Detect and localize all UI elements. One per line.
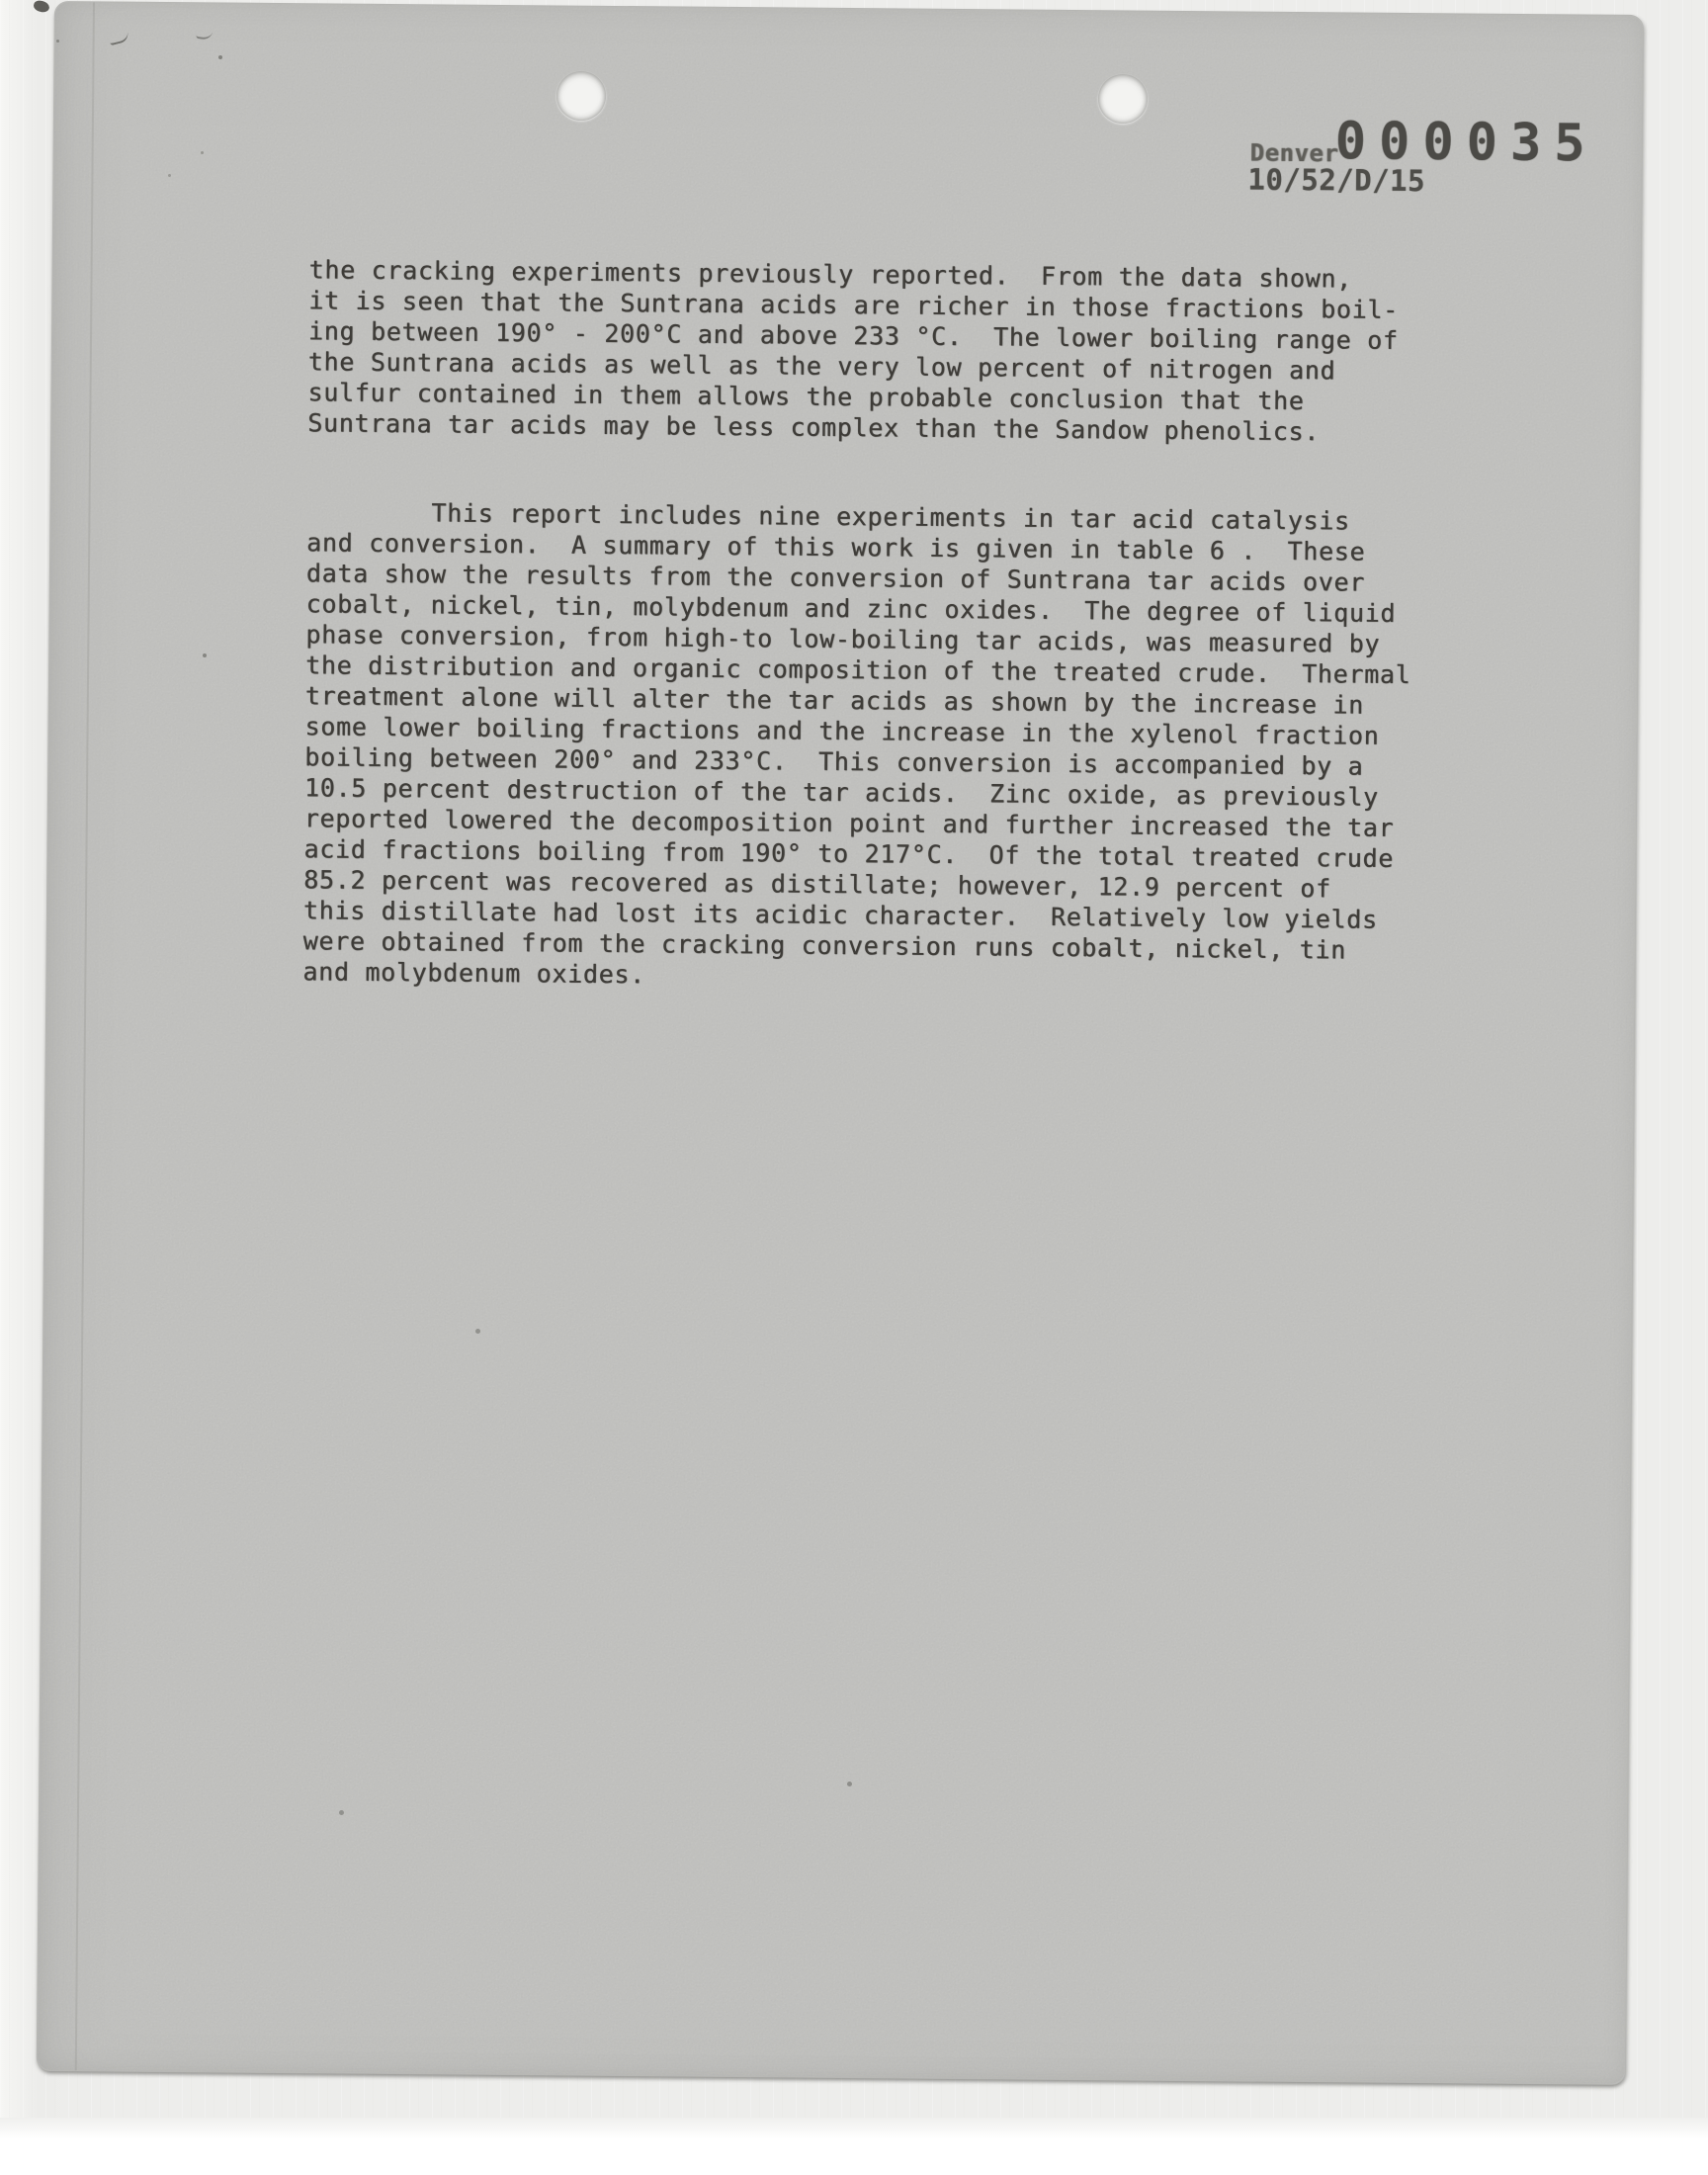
document-page: Denver 000035 10/52/D/15 the cracking ex… [37,1,1644,2085]
hole-punch-left [556,71,606,121]
stamp-date-code: 10/52/D/15 [1247,163,1425,199]
hole-punch-right [1098,74,1148,124]
typewritten-text-block: the cracking experiments previously repo… [302,254,1555,1056]
paragraph: This report includes nine experiments in… [302,496,1552,998]
scan-bottom-band [0,2118,1708,2175]
paragraph: the cracking experiments previously repo… [307,254,1555,449]
paper-fold-line [75,2,95,2070]
